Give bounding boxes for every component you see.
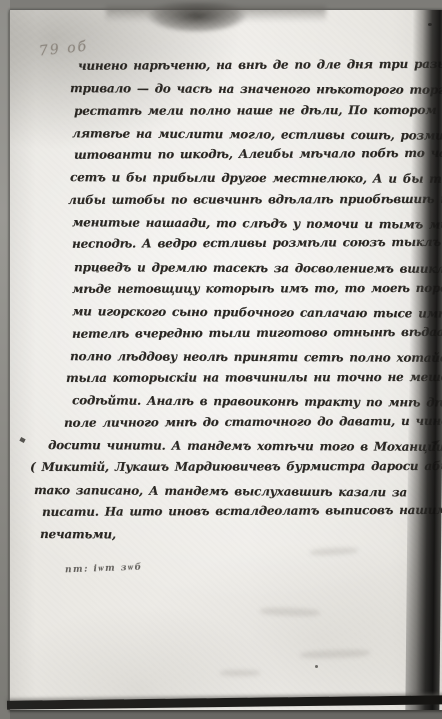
top-edge-stain <box>138 2 256 42</box>
manuscript-text-block: чинено нарѣченю, на внѣ де по дле дня тр… <box>28 55 432 546</box>
ink-ghosting <box>300 649 370 659</box>
ink-speck <box>315 665 318 668</box>
marginal-note: пт: іѡт зѡб <box>65 562 143 576</box>
manuscript-line: тривало — до часѣ на значеного нѣкоторог… <box>28 77 432 101</box>
manuscript-line: тыла которыскіи на товчинилы ни точно не… <box>28 366 432 389</box>
ink-speck <box>19 437 25 443</box>
ink-speck <box>96 270 99 273</box>
manuscript-line: ( Микитій, Лукашъ Мардиювичевъ бурмистра… <box>28 455 432 478</box>
manuscript-line: штованти по шкодѣ, Алеибы мѣчало побѣ то… <box>28 142 432 166</box>
manuscript-page: 79 об чинено нарѣченю, на внѣ де по дле … <box>9 10 442 710</box>
manuscript-line: чинено нарѣченю, на внѣ де по дле дня тр… <box>28 53 432 77</box>
scanned-manuscript-photo: 79 об чинено нарѣченю, на внѣ де по дле … <box>0 0 442 719</box>
manuscript-line: рестатѣ мели полно наше не дѣли, По кото… <box>28 99 432 122</box>
manuscript-line: сетъ и бы прибыли другое местнелюко, А и… <box>28 166 432 190</box>
manuscript-line: несподѣ. А ведро естливы розмѣли союзъ т… <box>28 231 432 255</box>
ink-ghosting <box>220 670 260 676</box>
page-bottom-edge <box>7 695 442 709</box>
manuscript-line: мѣде нетовщицу которыѣ имъ то, то моеѣ п… <box>28 277 432 300</box>
manuscript-line: печатьми, <box>28 523 432 547</box>
manuscript-line: либы штобы по всивчинѣ вдѣлалѣ приобѣвши… <box>28 188 432 211</box>
manuscript-line: писати. На што иновъ всталдеолатъ выписо… <box>28 499 432 523</box>
ink-ghosting <box>260 607 320 617</box>
manuscript-line: нетелѣ вчередню тыли тиготово отнынѣ вѣд… <box>28 320 432 344</box>
binding-gutter-shadow <box>405 10 442 710</box>
manuscript-line: поле личного мнѣ до статочного до давати… <box>28 410 432 434</box>
ink-ghosting <box>310 547 358 557</box>
